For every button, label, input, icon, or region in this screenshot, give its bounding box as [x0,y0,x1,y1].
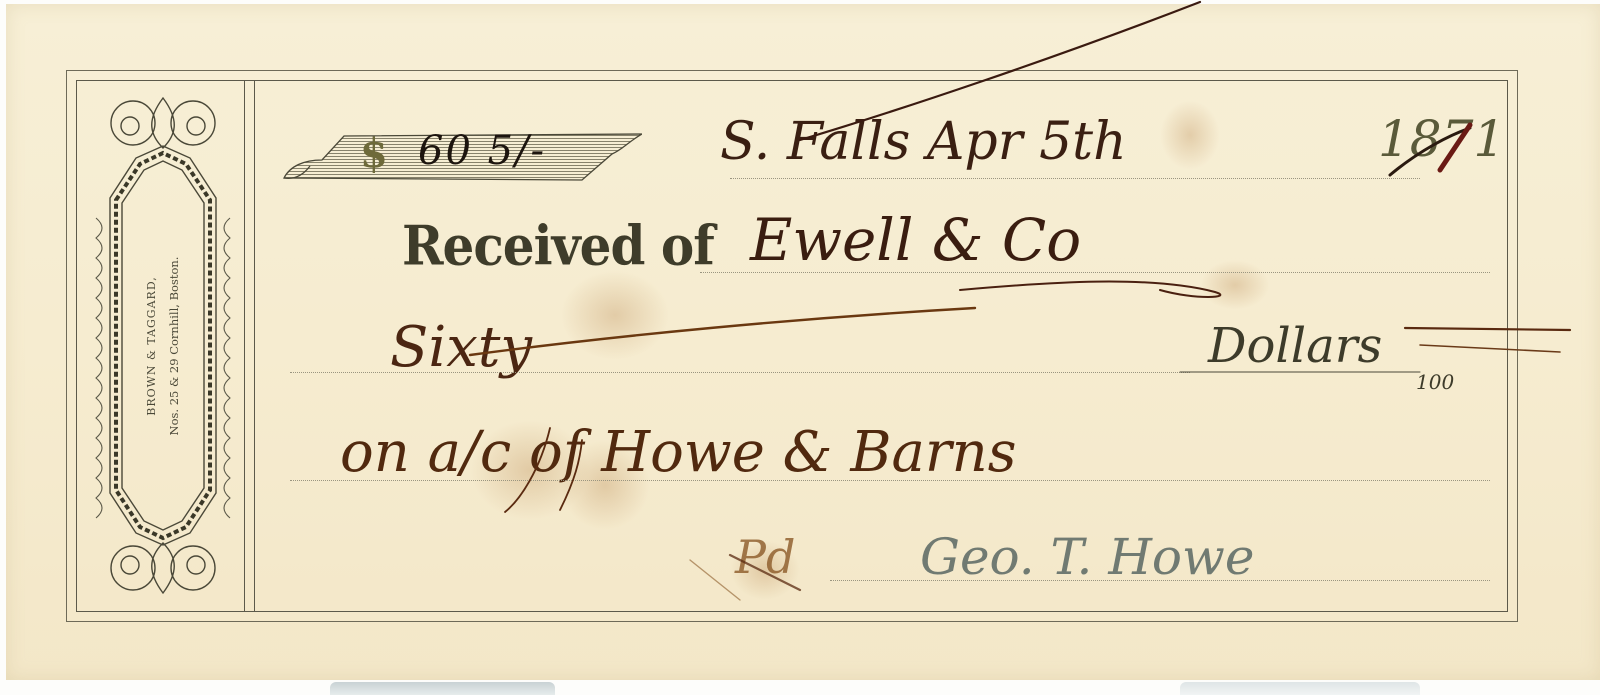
dollars-label: Dollars [1208,318,1382,374]
signature: Geo. T. Howe [920,528,1254,586]
payer-name: Ewell & Co [750,206,1081,274]
amount-in-words: Sixty [390,315,532,380]
paid-mark: Pd [735,530,795,584]
memo-line [290,480,1490,481]
stub-divider [254,80,255,611]
stub-divider [244,80,245,611]
amount-figure: 60 5/- [418,128,546,174]
printer-imprint-text: BROWN & TAGGARD, Nos. 25 & 29 Cornhill, … [141,257,185,436]
year: 1871 [1378,110,1505,168]
place-date: S. Falls Apr 5th [720,112,1127,172]
display-stand [1180,682,1420,695]
dollar-sign-icon: $ [360,130,388,177]
memo-text: on a/c of Howe & Barns [340,420,1016,485]
signature-line [830,580,1490,581]
payer-line [700,272,1490,273]
scan-background: BROWN & TAGGARD, Nos. 25 & 29 Cornhill, … [0,0,1600,695]
printer-imprint-panel: BROWN & TAGGARD, Nos. 25 & 29 Cornhill, … [88,88,238,603]
printer-address: Nos. 25 & 29 Cornhill, Boston. [163,257,185,436]
cents-denominator: 100 [1416,370,1454,394]
display-stand [330,682,555,695]
date-line [730,178,1420,179]
amount-line [290,372,1190,373]
printer-firm: BROWN & TAGGARD, [141,257,163,436]
received-of-label: Received of [402,214,714,278]
